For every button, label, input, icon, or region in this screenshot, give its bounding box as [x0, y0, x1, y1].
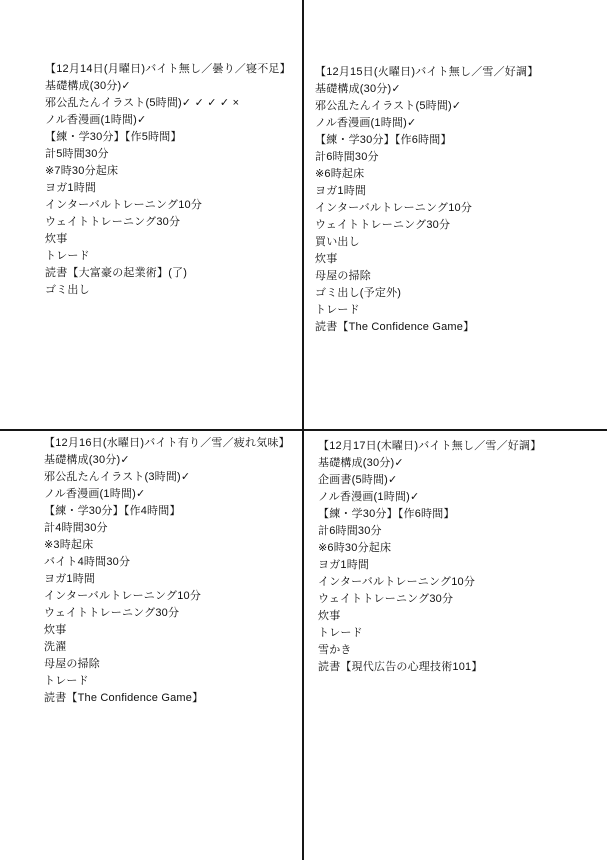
log-line: 母屋の掃除 [44, 656, 299, 673]
log-line: 基礎構成(30分)✓ [315, 81, 570, 98]
log-line: 母屋の掃除 [315, 268, 570, 285]
log-line: ヨガ1時間 [45, 180, 300, 197]
log-line: インターバルトレーニング10分 [44, 588, 299, 605]
log-line: 計4時間30分 [44, 520, 299, 537]
diary-entry-dec14: 【12月14日(月曜日)バイト無し／曇り／寝不足】 基礎構成(30分)✓邪公乱た… [45, 61, 300, 299]
log-line: 洗濯 [44, 639, 299, 656]
log-line: 買い出し [315, 234, 570, 251]
entry-lines: 基礎構成(30分)✓邪公乱たんイラスト(5時間)✓ ✓ ✓ ✓ ×ノル香漫画(1… [45, 78, 300, 299]
log-line: 炊事 [315, 251, 570, 268]
log-line: 読書【現代広告の心理技術101】 [318, 659, 573, 676]
log-line: ノル香漫画(1時間)✓ [45, 112, 300, 129]
log-line: トレード [318, 625, 573, 642]
log-line: 基礎構成(30分)✓ [44, 452, 299, 469]
log-line: 炊事 [45, 231, 300, 248]
log-line: 邪公乱たんイラスト(3時間)✓ [44, 469, 299, 486]
log-line: 炊事 [318, 608, 573, 625]
log-line: ゴミ出し(予定外) [315, 285, 570, 302]
horizontal-divider-line [0, 429, 607, 431]
log-line: 基礎構成(30分)✓ [45, 78, 300, 95]
entry-header: 【12月14日(月曜日)バイト無し／曇り／寝不足】 [45, 61, 300, 78]
log-line: ヨガ1時間 [318, 557, 573, 574]
log-line: 基礎構成(30分)✓ [318, 455, 573, 472]
log-line: 【練・学30分】【作5時間】 [45, 129, 300, 146]
diary-entry-dec16: 【12月16日(水曜日)バイト有り／雪／疲れ気味】 基礎構成(30分)✓邪公乱た… [44, 435, 299, 707]
log-line: 計6時間30分 [315, 149, 570, 166]
log-line: トレード [45, 248, 300, 265]
log-line: ウェイトトレーニング30分 [315, 217, 570, 234]
log-line: ヨガ1時間 [315, 183, 570, 200]
log-line: ウェイトトレーニング30分 [318, 591, 573, 608]
log-line: 【練・学30分】【作6時間】 [318, 506, 573, 523]
entry-header: 【12月15日(火曜日)バイト無し／雪／好調】 [315, 64, 570, 81]
log-line: ノル香漫画(1時間)✓ [44, 486, 299, 503]
log-line: ノル香漫画(1時間)✓ [318, 489, 573, 506]
log-line: ウェイトトレーニング30分 [45, 214, 300, 231]
log-line: トレード [315, 302, 570, 319]
log-line: 読書【The Confidence Game】 [315, 319, 570, 336]
log-line: ※6時起床 [315, 166, 570, 183]
log-line: 読書【The Confidence Game】 [44, 690, 299, 707]
log-line: ※3時起床 [44, 537, 299, 554]
log-line: インターバルトレーニング10分 [45, 197, 300, 214]
log-line: 雪かき [318, 642, 573, 659]
log-line: 【練・学30分】【作6時間】 [315, 132, 570, 149]
log-line: インターバルトレーニング10分 [315, 200, 570, 217]
entry-lines: 基礎構成(30分)✓邪公乱たんイラスト(3時間)✓ノル香漫画(1時間)✓【練・学… [44, 452, 299, 707]
diary-entry-dec15: 【12月15日(火曜日)バイト無し／雪／好調】 基礎構成(30分)✓邪公乱たんイ… [315, 64, 570, 336]
log-line: トレード [44, 673, 299, 690]
log-line: 邪公乱たんイラスト(5時間)✓ ✓ ✓ ✓ × [45, 95, 300, 112]
log-line: 邪公乱たんイラスト(5時間)✓ [315, 98, 570, 115]
entry-header: 【12月17日(木曜日)バイト無し／雪／好調】 [318, 438, 573, 455]
diary-page: 【12月14日(月曜日)バイト無し／曇り／寝不足】 基礎構成(30分)✓邪公乱た… [0, 0, 607, 860]
log-line: インターバルトレーニング10分 [318, 574, 573, 591]
log-line: ※7時30分起床 [45, 163, 300, 180]
entry-header: 【12月16日(水曜日)バイト有り／雪／疲れ気味】 [44, 435, 299, 452]
log-line: ※6時30分起床 [318, 540, 573, 557]
log-line: ゴミ出し [45, 282, 300, 299]
log-line: 炊事 [44, 622, 299, 639]
diary-entry-dec17: 【12月17日(木曜日)バイト無し／雪／好調】 基礎構成(30分)✓企画書(5時… [318, 438, 573, 676]
log-line: バイト4時間30分 [44, 554, 299, 571]
entry-lines: 基礎構成(30分)✓邪公乱たんイラスト(5時間)✓ノル香漫画(1時間)✓【練・学… [315, 81, 570, 336]
log-line: ヨガ1時間 [44, 571, 299, 588]
log-line: 企画書(5時間)✓ [318, 472, 573, 489]
log-line: 計6時間30分 [318, 523, 573, 540]
log-line: ノル香漫画(1時間)✓ [315, 115, 570, 132]
log-line: ウェイトトレーニング30分 [44, 605, 299, 622]
log-line: 読書【大富豪の起業術】(了) [45, 265, 300, 282]
log-line: 計5時間30分 [45, 146, 300, 163]
log-line: 【練・学30分】【作4時間】 [44, 503, 299, 520]
entry-lines: 基礎構成(30分)✓企画書(5時間)✓ノル香漫画(1時間)✓【練・学30分】【作… [318, 455, 573, 676]
